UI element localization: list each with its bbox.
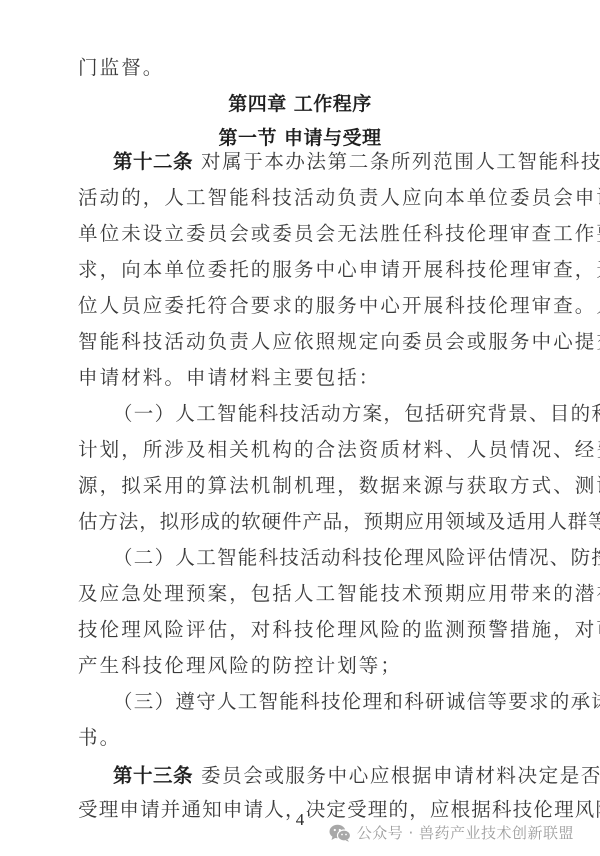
article-12-label: 第十二条 [113,150,193,173]
item-2-line: 产生科技伦理风险的防控计划等； [78,654,478,678]
item-3-line: （三）遵守人工智能科技伦理和科研诚信等要求的承诺 [113,690,513,714]
article-12-line: 求，向本单位委托的服务中心申请开展科技伦理审查，无单 [78,258,478,282]
watermark-text: 公众号 · 兽药产业技术创新联盟 [357,822,574,843]
item-3-line: 书。 [78,726,478,750]
article-13-label: 第十三条 [113,764,193,787]
item-1-line: 计划，所涉及相关机构的合法资质材料、人员情况、经费来 [78,438,478,462]
item-1-line: 源，拟采用的算法机制机理，数据来源与获取方式、测试评 [78,474,478,498]
article-12-line: 单位未设立委员会或委员会无法胜任科技伦理审查工作要 [78,222,478,246]
wechat-icon [329,824,351,842]
item-1-line: （一）人工智能科技活动方案，包括研究背景、目的和 [113,402,513,426]
item-1-line: 估方法，拟形成的软硬件产品，预期应用领域及适用人群等； [78,510,478,534]
document-page: 门监督。 第四章 工作程序 第一节 申请与受理 第十二条对属于本办法第二条所列范… [0,0,600,856]
item-2-line: 技伦理风险评估，对科技伦理风险的监测预警措施，对可能 [78,618,478,642]
chapter-title: 第四章 工作程序 [0,92,600,116]
article-13-text: 委员会或服务中心应根据申请材料决定是否 [201,764,600,787]
article-12-line: 智能科技活动负责人应依照规定向委员会或服务中心提交 [78,330,478,354]
article-12-line: 申请材料。申请材料主要包括： [78,366,478,390]
item-2-line: 及应急处理预案，包括人工智能技术预期应用带来的潜在科 [78,582,478,606]
watermark: 公众号 · 兽药产业技术创新联盟 [329,822,574,843]
article-12-line: 活动的，人工智能科技活动负责人应向本单位委员会申请， [78,186,478,210]
article-13-first-line: 第十三条委员会或服务中心应根据申请材料决定是否 [113,764,493,788]
article-12-text: 对属于本办法第二条所列范围人工智能科技 [201,150,600,173]
section-title: 第一节 申请与受理 [0,126,600,150]
continuation-line: 门监督。 [78,56,478,80]
article-12-first-line: 第十二条对属于本办法第二条所列范围人工智能科技 [113,150,493,174]
item-2-line: （二）人工智能科技活动科技伦理风险评估情况、防控 [113,546,513,570]
article-12-line: 位人员应委托符合要求的服务中心开展科技伦理审查。人工 [78,294,478,318]
